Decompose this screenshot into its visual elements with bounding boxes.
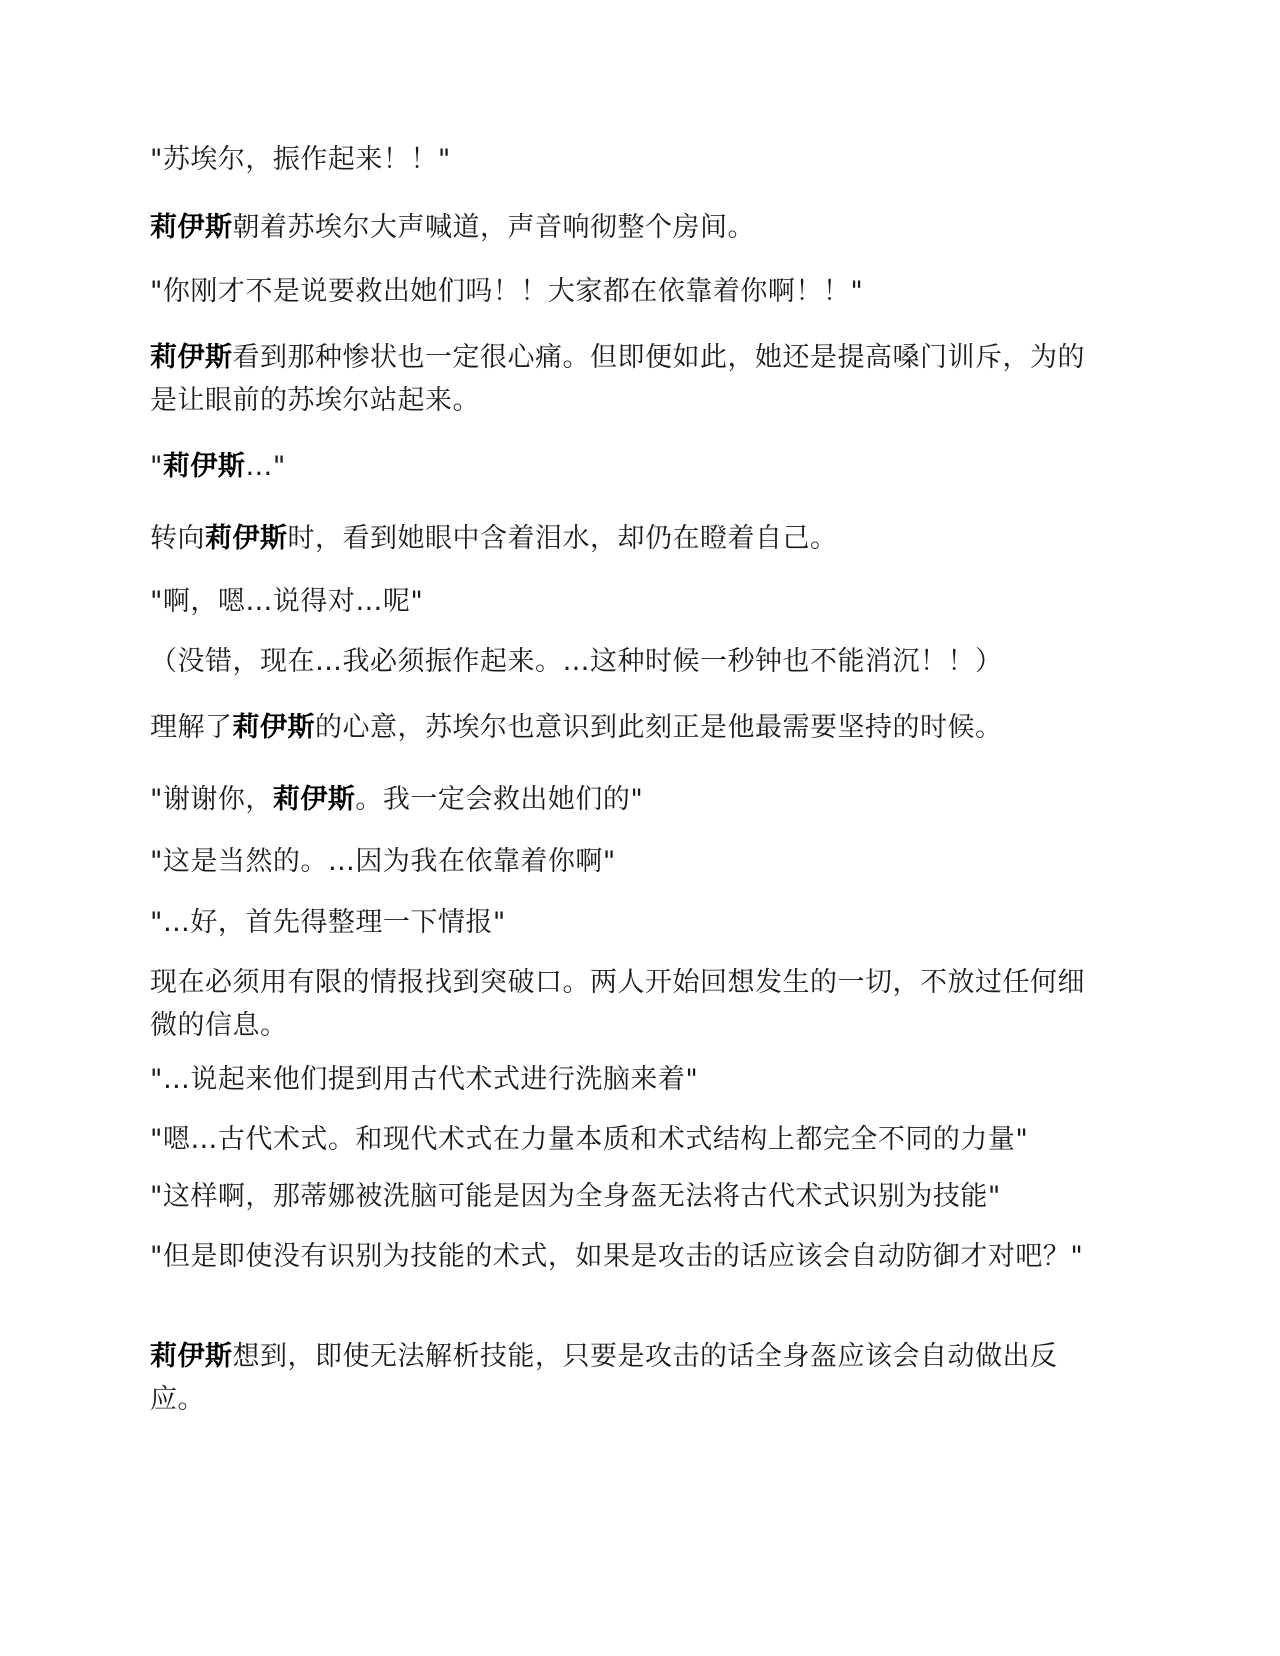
character-name: 莉伊斯 bbox=[233, 712, 316, 743]
paragraph-text: 朝着苏埃尔大声喊道，声音响彻整个房间。 bbox=[233, 212, 756, 243]
character-name: 莉伊斯 bbox=[150, 1341, 233, 1372]
paragraph: "…说起来他们提到用古代术式进行洗脑来着" bbox=[150, 1058, 1110, 1101]
paragraph: 理解了莉伊斯的心意，苏埃尔也意识到此刻正是他最需要坚持的时候。 bbox=[150, 706, 1110, 749]
paragraph: "苏埃尔，振作起来！！" bbox=[150, 138, 1110, 181]
paragraph-text: "…好，首先得整理一下情报" bbox=[150, 907, 506, 938]
paragraph: "…好，首先得整理一下情报" bbox=[150, 901, 1110, 944]
paragraph: 莉伊斯看到那种惨状也一定很心痛。但即便如此，她还是提高嗓门训斥，为的是让眼前的苏… bbox=[150, 336, 1110, 422]
paragraph-text: "这是当然的。…因为我在依靠着你啊" bbox=[150, 846, 616, 877]
paragraph: 现在必须用有限的情报找到突破口。两人开始回想发生的一切，不放过任何细微的信息。 bbox=[150, 961, 1110, 1047]
paragraph: 转向莉伊斯时，看到她眼中含着泪水，却仍在瞪着自己。 bbox=[150, 517, 1110, 560]
paragraph-text: "这样啊，那蒂娜被洗脑可能是因为全身盔无法将古代术式识别为技能" bbox=[150, 1181, 1001, 1212]
paragraph-text: "你刚才不是说要救出她们吗！！大家都在依靠着你啊！！" bbox=[150, 276, 863, 307]
paragraph: "但是即使没有识别为技能的术式，如果是攻击的话应该会自动防御才对吧？" bbox=[150, 1235, 1110, 1278]
paragraph-text: 看到那种惨状也一定很心痛。但即便如此，她还是提高嗓门训斥，为的是让眼前的苏埃尔站… bbox=[150, 342, 1085, 416]
paragraph-text: "但是即使没有识别为技能的术式，如果是攻击的话应该会自动防御才对吧？" bbox=[150, 1241, 1083, 1272]
paragraph: （没错，现在…我必须振作起来。…这种时候一秒钟也不能消沉！！） bbox=[150, 640, 1110, 683]
document-page: "苏埃尔，振作起来！！"莉伊斯朝着苏埃尔大声喊道，声音响彻整个房间。"你刚才不是… bbox=[0, 0, 1280, 1656]
paragraph: "莉伊斯…" bbox=[150, 445, 1110, 488]
paragraph-text: 时，看到她眼中含着泪水，却仍在瞪着自己。 bbox=[288, 523, 838, 554]
paragraph: "嗯…古代术式。和现代术式在力量本质和术式结构上都完全不同的力量" bbox=[150, 1118, 1110, 1161]
paragraph-text: 想到，即使无法解析技能，只要是攻击的话全身盔应该会自动做出反应。 bbox=[150, 1341, 1058, 1415]
paragraph: "你刚才不是说要救出她们吗！！大家都在依靠着你啊！！" bbox=[150, 270, 1110, 313]
paragraph-text: （没错，现在…我必须振作起来。…这种时候一秒钟也不能消沉！！） bbox=[150, 646, 1003, 677]
paragraph-text: "苏埃尔，振作起来！！" bbox=[150, 144, 451, 175]
paragraph-text: 的心意，苏埃尔也意识到此刻正是他最需要坚持的时候。 bbox=[315, 712, 1003, 743]
paragraph-text: "…说起来他们提到用古代术式进行洗脑来着" bbox=[150, 1064, 698, 1095]
paragraph-text: 转向 bbox=[150, 523, 205, 554]
paragraph: 莉伊斯朝着苏埃尔大声喊道，声音响彻整个房间。 bbox=[150, 206, 1110, 249]
paragraph: "啊，嗯…说得对…呢" bbox=[150, 580, 1110, 623]
character-name: 莉伊斯 bbox=[163, 451, 246, 482]
paragraph: 莉伊斯想到，即使无法解析技能，只要是攻击的话全身盔应该会自动做出反应。 bbox=[150, 1335, 1110, 1421]
paragraph: "这样啊，那蒂娜被洗脑可能是因为全身盔无法将古代术式识别为技能" bbox=[150, 1175, 1110, 1218]
paragraph-text: 现在必须用有限的情报找到突破口。两人开始回想发生的一切，不放过任何细微的信息。 bbox=[150, 967, 1085, 1041]
character-name: 莉伊斯 bbox=[150, 342, 233, 373]
paragraph-text: 理解了 bbox=[150, 712, 233, 743]
character-name: 莉伊斯 bbox=[205, 523, 288, 554]
paragraph-text: …" bbox=[245, 451, 285, 482]
character-name: 莉伊斯 bbox=[273, 784, 356, 815]
character-name: 莉伊斯 bbox=[150, 212, 233, 243]
paragraph: "这是当然的。…因为我在依靠着你啊" bbox=[150, 840, 1110, 883]
paragraph-text: "谢谢你， bbox=[150, 784, 273, 815]
paragraph-text: 。我一定会救出她们的" bbox=[355, 784, 643, 815]
paragraph-text: "啊，嗯…说得对…呢" bbox=[150, 586, 423, 617]
paragraph: "谢谢你，莉伊斯。我一定会救出她们的" bbox=[150, 778, 1110, 821]
paragraph-text: "嗯…古代术式。和现代术式在力量本质和术式结构上都完全不同的力量" bbox=[150, 1124, 1028, 1155]
paragraph-text: " bbox=[150, 451, 163, 482]
